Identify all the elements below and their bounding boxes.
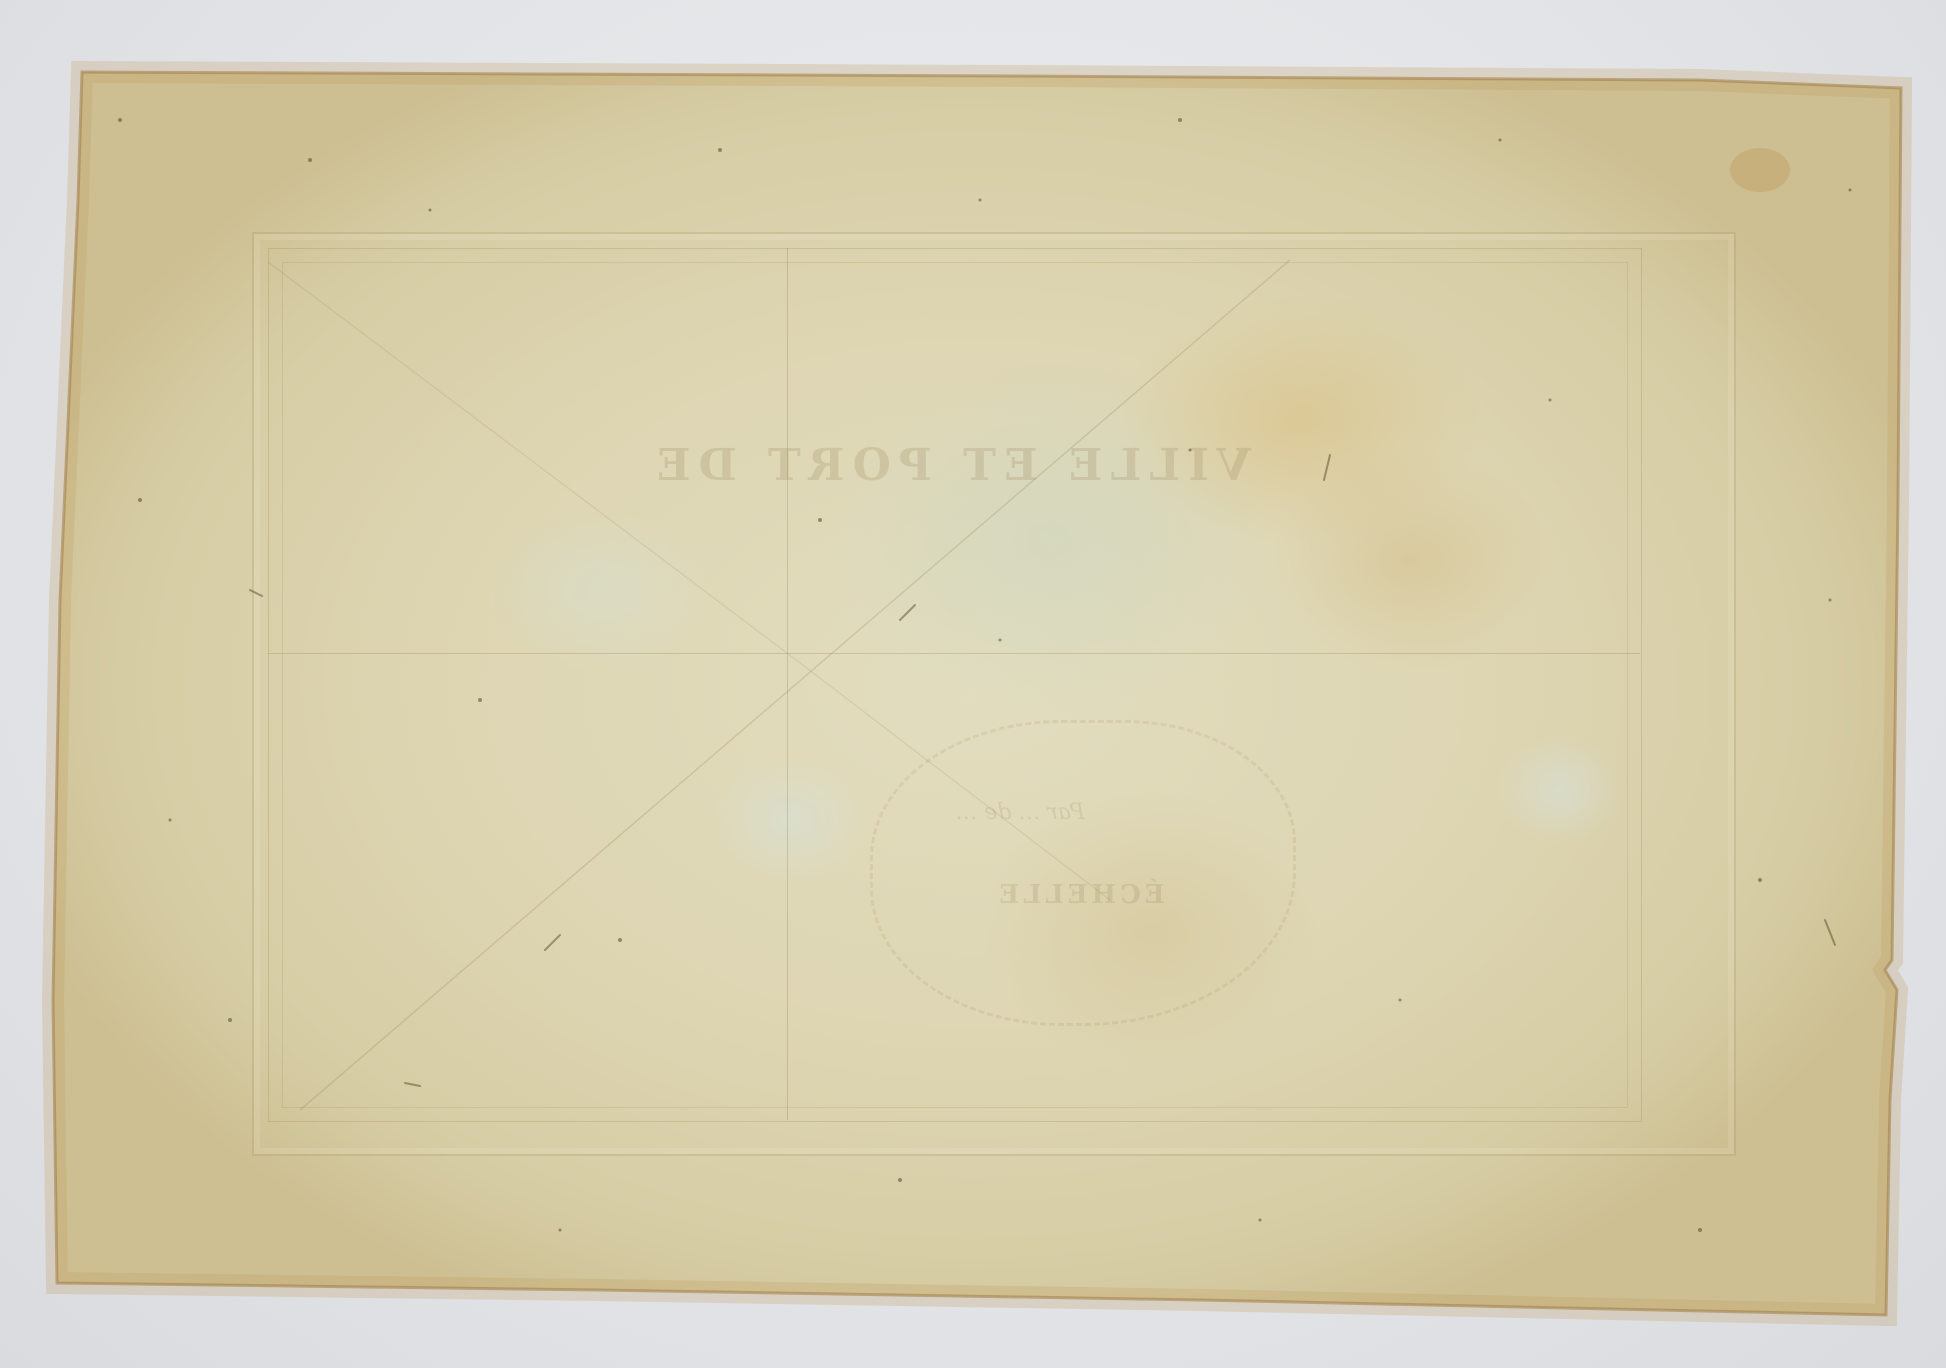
paper-specks	[0, 0, 1946, 1368]
